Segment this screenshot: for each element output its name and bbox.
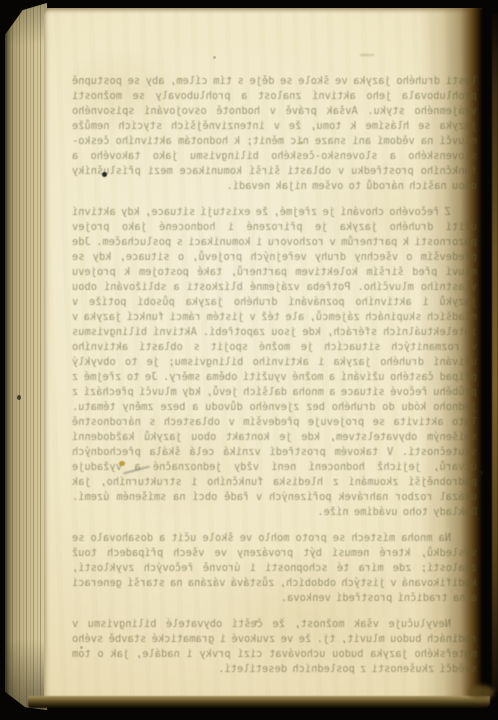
book-scan: losti druhého jazyka ve škole se děje s … [0,0,498,720]
page-stack-edge [5,3,47,710]
bleed-paragraph: Z řečového chování je zřejmé, že existuj… [72,205,477,520]
bleed-paragraph: losti druhého jazyka ve škole se děje s … [72,74,477,194]
bleed-paragraph: Nevylučuje však možnost, že čeští obyvat… [72,617,477,677]
opposite-page-edge [492,14,498,692]
page-bottom-edge [28,696,490,708]
bleed-paragraph: Na mnoha místech se proto mohlo ve škole… [72,531,477,606]
bleedthrough-text: losti druhého jazyka ve škole se děje s … [72,74,477,688]
